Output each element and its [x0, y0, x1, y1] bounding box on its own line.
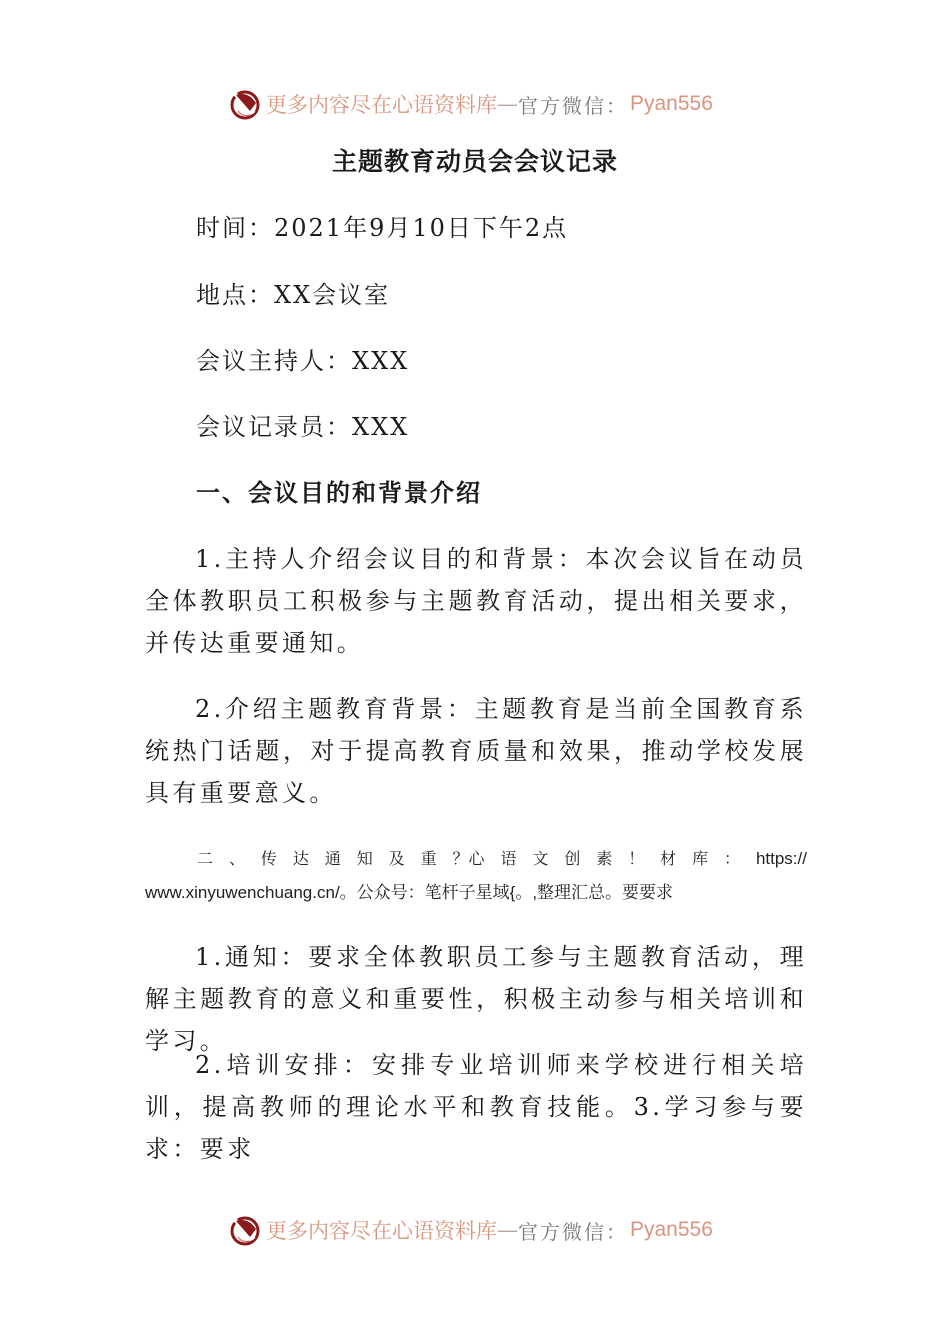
watermark-banner-bottom: 更多内容尽在心语资料库 — 官方微信： Pyan556 [228, 1208, 713, 1252]
watermark-handle: Pyan556 [630, 92, 713, 116]
watermark-official-label: 官方微信： [518, 1216, 628, 1245]
watermark-promo-text: 更多内容尽在心语资料库 [266, 89, 497, 119]
meta-recorder: 会议记录员：XXX [196, 407, 409, 442]
section2-heading-line1: 二 、 传 达 通 知 及 重 ？心 语 文 创 素 ！ 材 库 ： https… [145, 842, 807, 876]
heading-char: 材 [660, 842, 676, 876]
heading-char: 重 [421, 842, 437, 876]
quill-logo-icon [228, 1213, 262, 1247]
heading-char: 知 [357, 842, 373, 876]
heading-char: 、 [229, 842, 245, 876]
section1-paragraph-1: 1.主持人介绍会议目的和背景：本次会议旨在动员全体教职员工积极参与主题教育活动，… [145, 538, 807, 664]
heading-char: 二 [197, 842, 213, 876]
heading-char: 及 [389, 842, 405, 876]
heading-char: 语 [500, 842, 516, 876]
section1-paragraph-2: 2.介绍主题教育背景：主题教育是当前全国教育系统热门话题，对于提高教育质量和效果… [145, 688, 807, 814]
section2-heading: 二 、 传 达 通 知 及 重 ？心 语 文 创 素 ！ 材 库 ： https… [145, 842, 807, 910]
meta-place: 地点：XX会议室 [196, 275, 390, 310]
watermark-handle: Pyan556 [630, 1218, 713, 1242]
section2-heading-line2: www.xinyuwenchuang.cn/。公众号：笔杆子星域{。,整理汇总。… [145, 876, 807, 910]
heading-char: 创 [564, 842, 580, 876]
watermark-banner-top: 更多内容尽在心语资料库 — 官方微信： Pyan556 [228, 82, 713, 126]
meta-time: 时间：2021年9月10日下午2点 [196, 208, 568, 243]
section1-heading: 一、会议目的和背景介绍 [196, 473, 482, 508]
watermark-promo-text: 更多内容尽在心语资料库 [266, 1215, 497, 1245]
heading-char: ！ [628, 842, 644, 876]
heading-char: 库 [692, 842, 708, 876]
heading-char: 传 [261, 842, 277, 876]
heading-char: ？心 [453, 842, 485, 876]
document-title: 主题教育动员会会议记录 [0, 142, 950, 178]
heading-char: 通 [325, 842, 341, 876]
heading-char: ： [724, 842, 740, 876]
section2-paragraph-2: 2.培训安排：安排专业培训师来学校进行相关培训，提高教师的理论水平和教育技能。3… [145, 1044, 807, 1170]
heading-char: 达 [293, 842, 309, 876]
watermark-dash: — [497, 1218, 518, 1242]
heading-char: 素 [596, 842, 612, 876]
quill-logo-icon [228, 87, 262, 121]
heading-char: 文 [532, 842, 548, 876]
meta-host: 会议主持人：XXX [196, 341, 409, 376]
watermark-dash: — [497, 92, 518, 116]
watermark-official-label: 官方微信： [518, 90, 628, 119]
heading-url-part: https:// [756, 842, 807, 876]
